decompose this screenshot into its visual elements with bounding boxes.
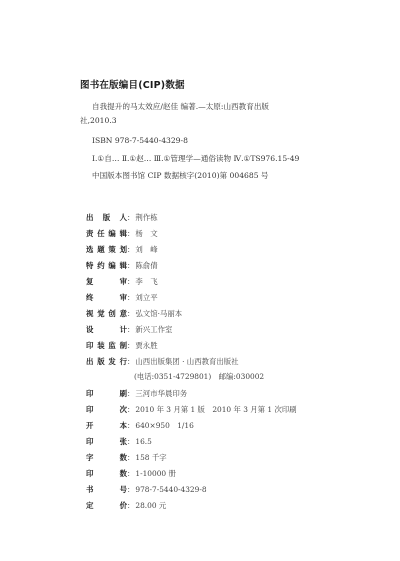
credit-special-editor: 特约编辑：陈俞倩 [86, 259, 158, 271]
credit-isbn: 书号：978-7-5440-4329-8 [86, 483, 207, 495]
credit-label: 印张 [86, 436, 127, 447]
credit-edition: 印次：2010 年 3 月第 1 版 2010 年 3 月第 1 次印刷 [86, 403, 297, 415]
credit-value: 28.00 元 [135, 500, 166, 511]
credit-final-review: 终审：刘立平 [86, 291, 158, 303]
credit-label: 印数 [86, 468, 127, 479]
cip-bibliographic-line: 自我提升的马太效应/赵佳 编著.—太原:山西教育出版 [92, 101, 269, 112]
credit-label: 开本 [86, 420, 127, 431]
credit-format: 开本：640×950 1/16 [86, 419, 194, 431]
credit-print-run: 印数：1-10000 册 [86, 467, 176, 479]
credit-label: 出版人 [86, 212, 127, 223]
credit-label: 印次 [86, 404, 127, 415]
credit-design: 设计：新兴工作室 [86, 323, 172, 335]
credit-value: 2010 年 3 月第 1 版 2010 年 3 月第 1 次印刷 [135, 404, 296, 415]
credit-word-count: 字数：158 千字 [86, 451, 167, 463]
credit-value: 贾永胜 [135, 340, 157, 351]
credit-value: 978-7-5440-4329-8 [135, 485, 206, 494]
credit-printer: 印刷：三河市华晨印务 [86, 387, 187, 399]
cip-classification: Ⅰ.①自… Ⅱ.①赵… Ⅲ.①管理学—通俗读物 Ⅳ.①TS976.15-49 [92, 153, 299, 164]
credit-value: 李 飞 [135, 276, 157, 287]
credit-label: 设计 [86, 324, 127, 335]
credit-publisher: 出版人：荆作栋 [86, 211, 158, 223]
credit-value: 陈俞倩 [135, 260, 157, 271]
credit-value: 158 千字 [135, 452, 166, 463]
credit-value: 山西出版集团 · 山西教育出版社 [135, 356, 238, 367]
credit-label: 书号 [86, 484, 127, 495]
credit-value: 弘文馆·马丽本 [135, 308, 182, 319]
credit-value: 新兴工作室 [135, 324, 172, 335]
credit-sheets: 印张：16.5 [86, 435, 152, 447]
credit-value: 刘 峰 [135, 244, 157, 255]
credit-value: 杨 文 [135, 228, 157, 239]
credit-value: 刘立平 [135, 292, 157, 303]
credit-print-supervision: 印装监制：贾永胜 [86, 339, 158, 351]
credit-label: 特约编辑 [86, 260, 127, 271]
cip-bibliographic-line-cont: 社,2010.3 [80, 115, 117, 126]
credit-topic-planning: 选题策划：刘 峰 [86, 243, 158, 255]
credit-visual-design: 视觉创意：弘文馆·马丽本 [86, 307, 182, 319]
credit-value: 三河市华晨印务 [135, 388, 187, 399]
credit-label: 印刷 [86, 388, 127, 399]
credit-label: 复审 [86, 276, 127, 287]
cip-title: 图书在版编目(CIP)数据 [80, 77, 185, 91]
credit-second-review: 复审：李 飞 [86, 275, 158, 287]
credit-distribution: 出版发行：山西出版集团 · 山西教育出版社 [86, 355, 239, 367]
credit-label: 视觉创意 [86, 308, 127, 319]
credit-label: 印装监制 [86, 340, 127, 351]
cip-record-number: 中国版本图书馆 CIP 数据核字(2010)第 004685 号 [92, 170, 269, 181]
credit-price: 定价：28.00 元 [86, 499, 166, 511]
credit-value: 1-10000 册 [135, 468, 175, 479]
credit-label: 字数 [86, 452, 127, 463]
credit-value: 16.5 [135, 437, 151, 446]
credit-label: 选题策划 [86, 244, 127, 255]
credit-label: 终审 [86, 292, 127, 303]
credit-value: 640×950 1/16 [135, 420, 193, 431]
credit-label: 责任编辑 [86, 228, 127, 239]
credit-value: 荆作栋 [135, 212, 157, 223]
publisher-contact: (电话:0351-4729801) 邮编:030002 [134, 371, 264, 382]
cip-isbn: ISBN 978-7-5440-4329-8 [92, 136, 188, 145]
credit-responsible-editor: 责任编辑：杨 文 [86, 227, 158, 239]
credit-label: 定价 [86, 500, 127, 511]
credit-label: 出版发行 [86, 356, 127, 367]
